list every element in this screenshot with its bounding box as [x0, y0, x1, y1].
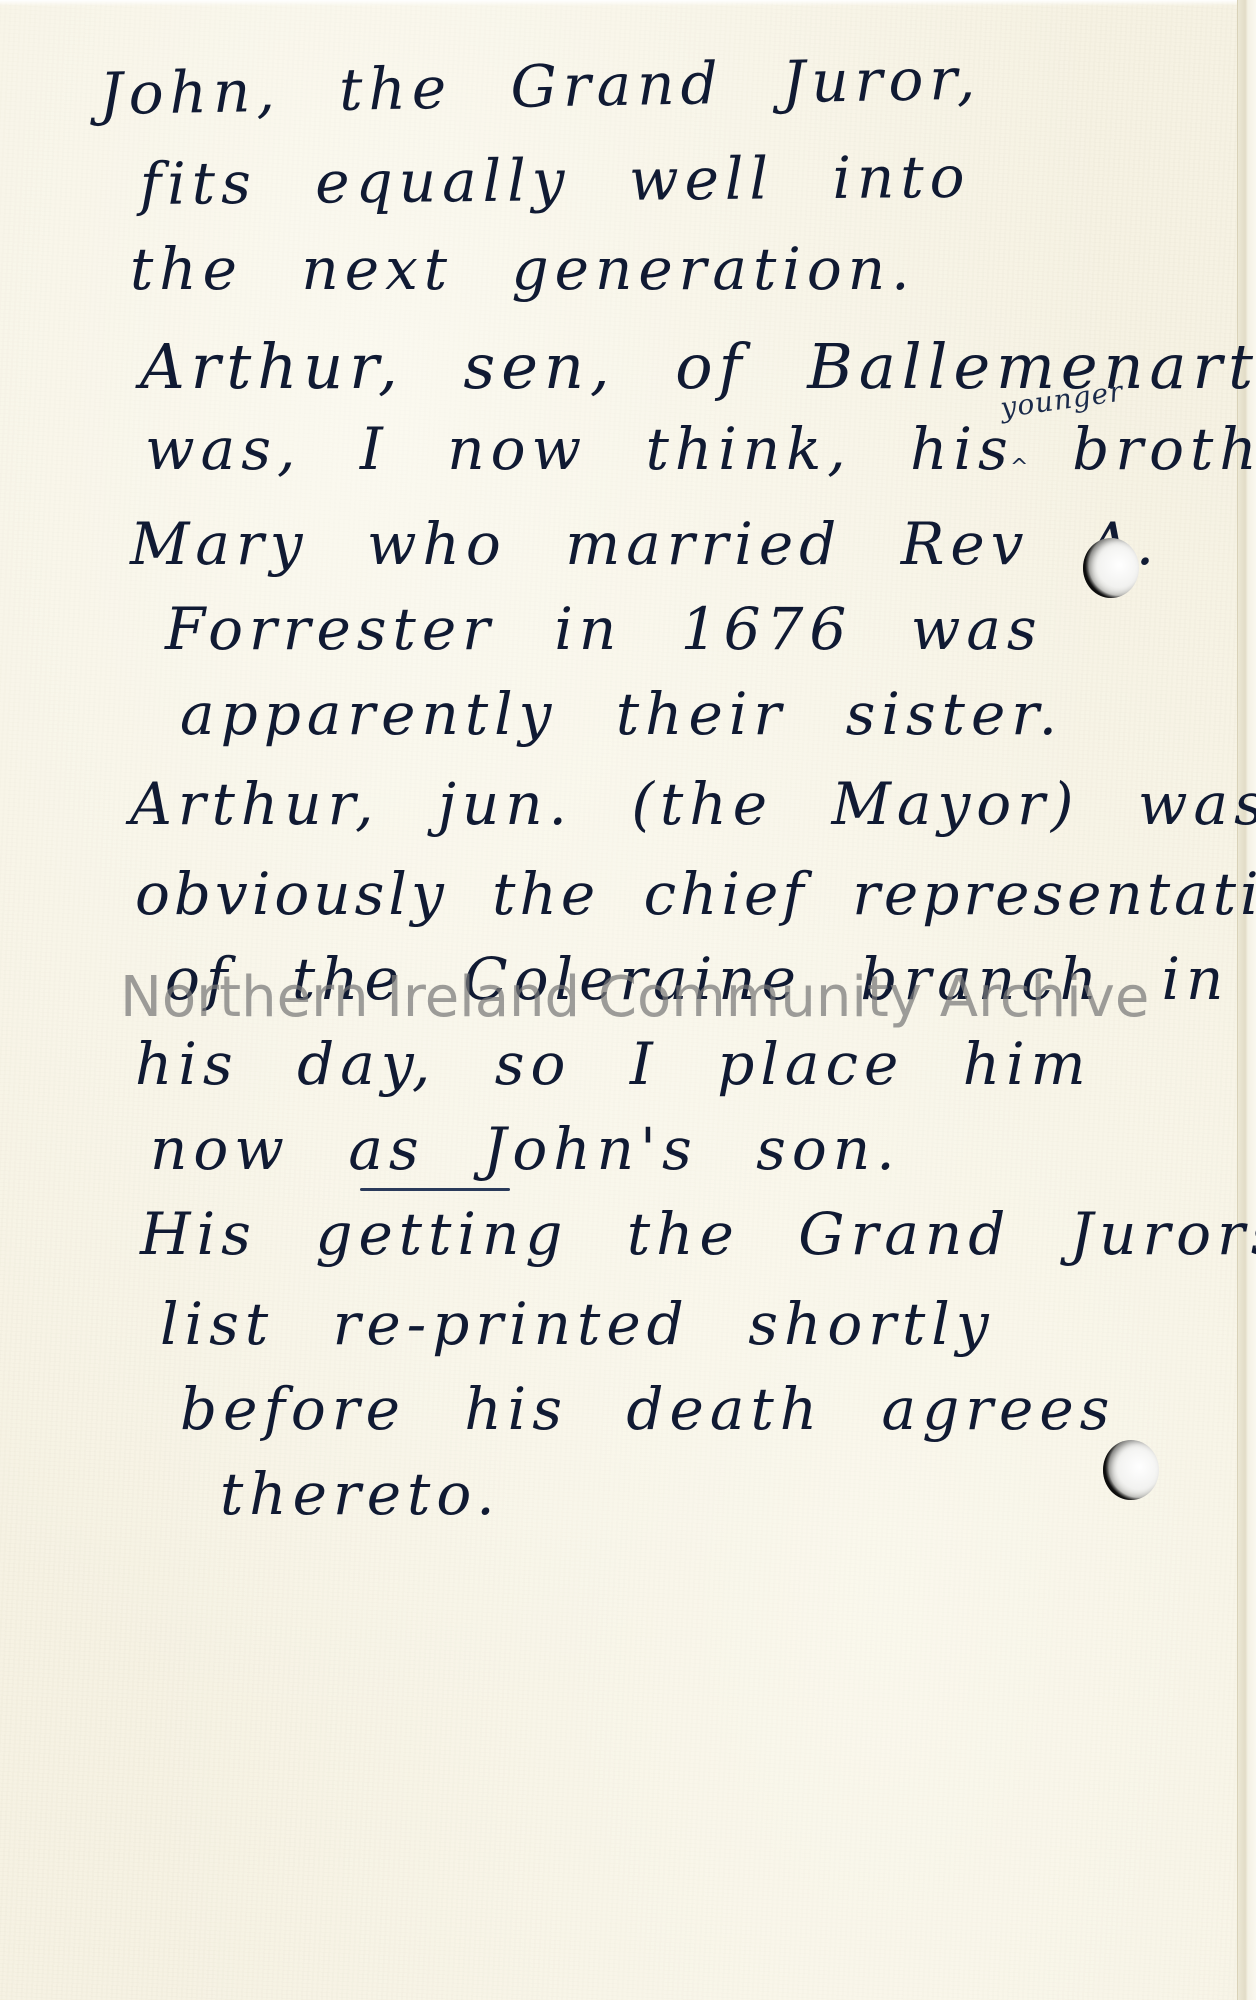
text-line-16: before his death agrees	[180, 1375, 1115, 1443]
text-line-14: His getting the Grand Jurors'	[140, 1200, 1256, 1268]
text-line-12: his day, so I place him	[135, 1030, 1092, 1098]
text-line-6: Mary who married Rev A.	[130, 510, 1160, 578]
punch-hole-lower	[1103, 1440, 1159, 1500]
text-line-8: apparently their sister.	[180, 680, 1063, 748]
text-line-15: list re-printed shortly	[160, 1290, 995, 1358]
paper-right-edge	[1237, 0, 1256, 2000]
underline-johns	[360, 1188, 510, 1191]
punch-hole-upper	[1083, 538, 1139, 598]
text-line-3: the next generation.	[130, 235, 916, 303]
document-page: John, the Grand Juror, fits equally well…	[0, 0, 1256, 2000]
text-line-7: Forrester in 1676 was	[165, 595, 1043, 663]
text-line-2: fits equally well into	[139, 143, 970, 218]
text-line-10: obviously the chief representative	[135, 860, 1256, 928]
text-line-9: Arthur, jun. (the Mayor) was	[130, 770, 1256, 838]
text-line-17: thereto.	[220, 1460, 501, 1528]
text-line-13: now as John's son.	[150, 1115, 901, 1183]
text-line-1: John, the Grand Juror,	[99, 45, 982, 128]
paper-top-edge	[0, 0, 1256, 6]
text-line-5: was, I now think, his brother.	[145, 415, 1256, 483]
insertion-caret: ^	[1010, 455, 1028, 480]
text-line-11: of the Coleraine branch in	[165, 945, 1229, 1013]
